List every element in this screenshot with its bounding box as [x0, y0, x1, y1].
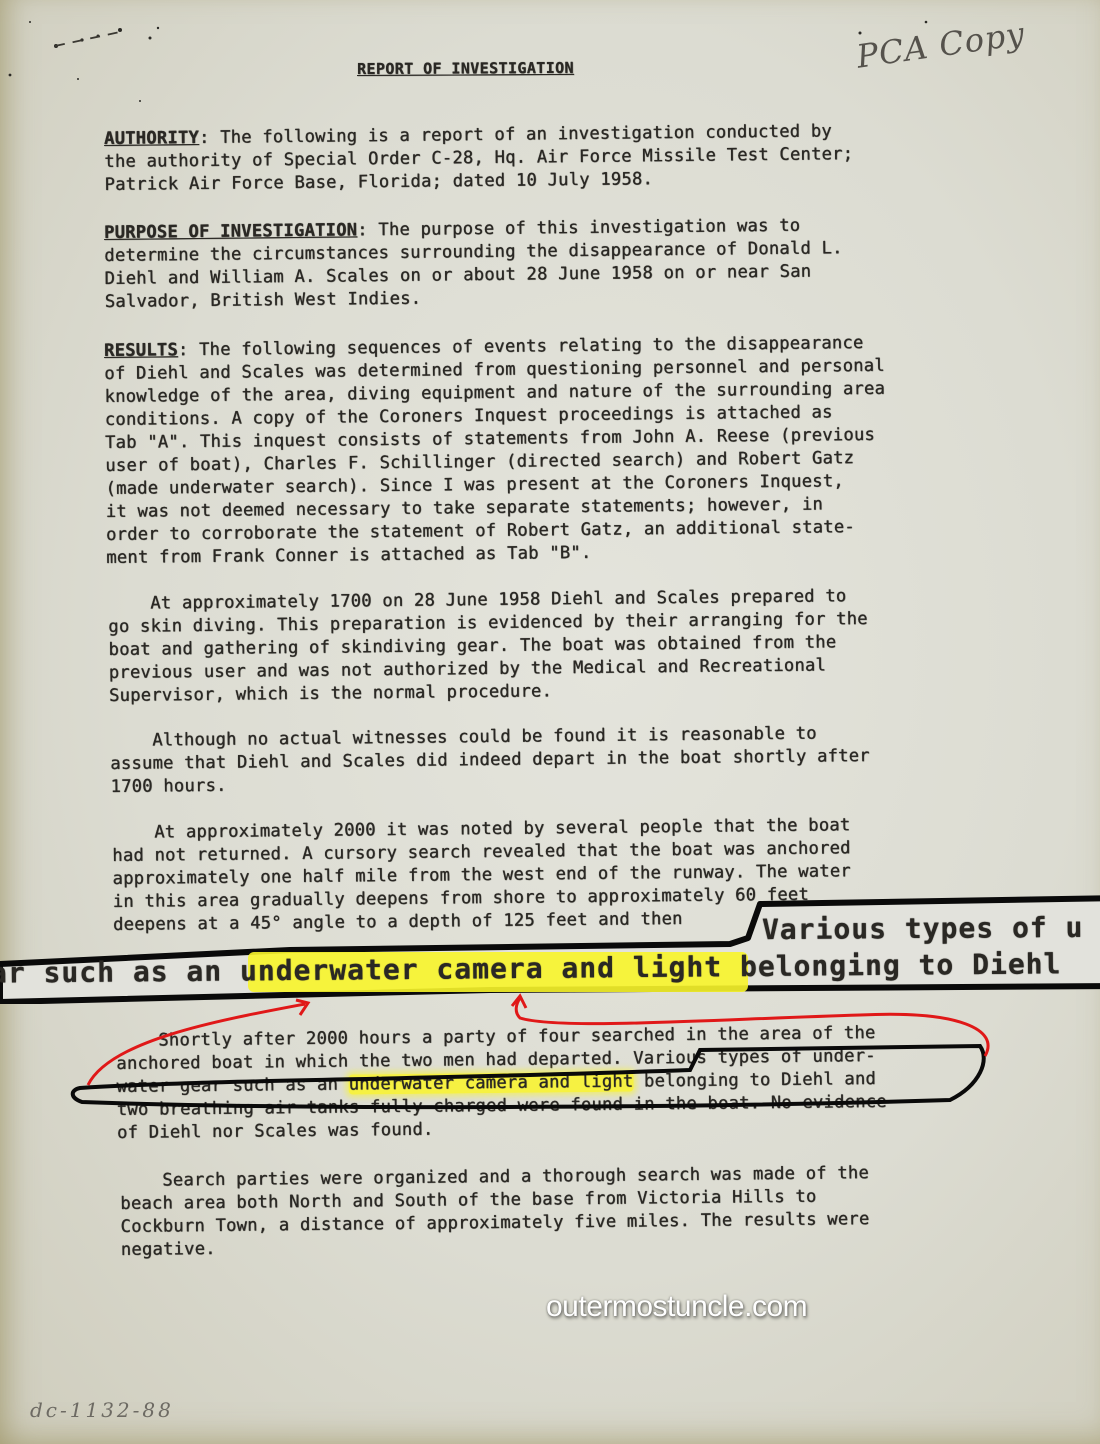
- purpose-heading: PURPOSE OF INVESTIGATION: [104, 220, 357, 243]
- authority-paragraph: AUTHORITY: The following is a report of …: [104, 120, 854, 197]
- paragraph-beach-search: Search parties were organized and a thor…: [120, 1162, 870, 1262]
- results-paragraph: RESULTS: The following sequences of even…: [104, 332, 887, 570]
- paragraph-boat-anchored: At approximately 2000 it was noted by se…: [112, 814, 852, 937]
- paragraph-search-party: Shortly after 2000 hours a party of four…: [116, 1022, 887, 1145]
- paragraph-preparation: At approximately 1700 on 28 June 1958 Di…: [108, 585, 869, 708]
- highlighted-phrase: underwater camera and light: [349, 1072, 634, 1095]
- purpose-paragraph: PURPOSE OF INVESTIGATION: The purpose of…: [104, 214, 843, 314]
- document-title: REPORT OF INVESTIGATION: [357, 57, 574, 81]
- watermark: outermostuncle.com: [546, 1290, 807, 1324]
- scanned-document-page: REPORT OF INVESTIGATION PCA Copy AUTHORI…: [0, 0, 1100, 1444]
- paragraph-departure: Although no actual witnesses could be fo…: [110, 722, 870, 799]
- authority-heading: AUTHORITY: [104, 128, 199, 149]
- results-heading: RESULTS: [104, 340, 178, 361]
- handwritten-reference: dc-1132-88: [30, 1398, 174, 1422]
